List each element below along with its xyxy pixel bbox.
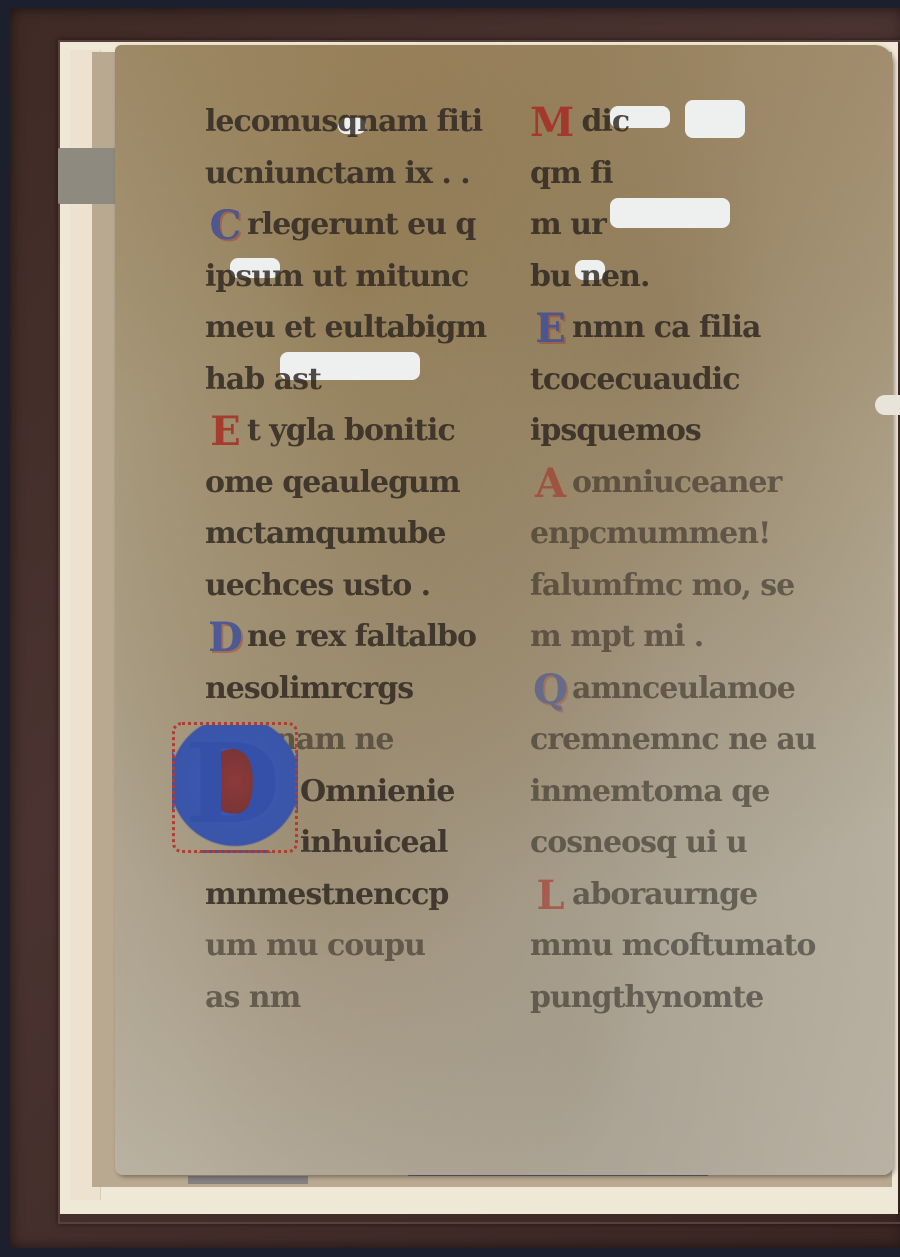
text-line: ome qeaulegum <box>205 457 495 509</box>
text-line: inmemtoma qe <box>530 766 820 818</box>
edge-tear <box>875 395 900 415</box>
mounting-tab <box>58 148 116 204</box>
text-line: lecomusqnam fiti <box>205 96 495 148</box>
illuminated-initial: D <box>172 722 298 853</box>
decorated-initial: Q <box>530 664 570 716</box>
rubric-initial: E <box>205 406 245 458</box>
text-line: mnmestnenccp <box>205 869 495 921</box>
text-line: uechces usto . <box>205 560 495 612</box>
text-line: enpcmummen! <box>530 508 820 560</box>
text-line: pungthynomte <box>530 972 820 1024</box>
text-line: m mpt mi . <box>530 611 820 663</box>
text-line: Laboraurnge <box>530 869 820 921</box>
text-line: M dic <box>530 96 820 148</box>
text-line: m ur <box>530 199 820 251</box>
text-line: um mu coupu <box>205 920 495 972</box>
decorated-initial: E <box>530 303 570 355</box>
text-line: cremnemnc ne au <box>530 714 820 766</box>
decorated-initial: C <box>205 200 245 252</box>
text-line: mctamqumube <box>205 508 495 560</box>
text-line: as nm <box>205 972 495 1024</box>
text-line: Dne rex faltalbo <box>205 611 495 663</box>
text-line: bu nen. <box>530 251 820 303</box>
text-column-left: lecomusqnam fiti ucniunctam ix . . Crleg… <box>205 96 495 1023</box>
rubric-initial: M <box>530 97 570 149</box>
decorated-initial: D <box>205 612 245 664</box>
text-line: Qamnceulamoe <box>530 663 820 715</box>
text-line: Enmn ca filia <box>530 302 820 354</box>
text-line: meu et eultabigm <box>205 302 495 354</box>
text-line: hab ast <box>205 354 495 406</box>
text-line: tcocecuaudic <box>530 354 820 406</box>
text-line: cosneosq ui u <box>530 817 820 869</box>
rubric-initial: A <box>530 458 570 510</box>
text-column-right: M dic qm fi m ur bu nen. Enmn ca filia t… <box>530 96 820 1023</box>
text-line: Et ygla bonitic <box>205 405 495 457</box>
rubric-initial: L <box>530 870 570 922</box>
text-line: ipsquemos <box>530 405 820 457</box>
text-line: nesolimrcrgs <box>205 663 495 715</box>
text-line: mmu mcoftumato <box>530 920 820 972</box>
text-line: Crlegerunt eu q <box>205 199 495 251</box>
text-line: Aomniuceaner <box>530 457 820 509</box>
text-line: ucniunctam ix . . <box>205 148 495 200</box>
text-line: qm fi <box>530 148 820 200</box>
text-line: falumfmc mo, se <box>530 560 820 612</box>
text-line: ipsum ut mitunc <box>205 251 495 303</box>
